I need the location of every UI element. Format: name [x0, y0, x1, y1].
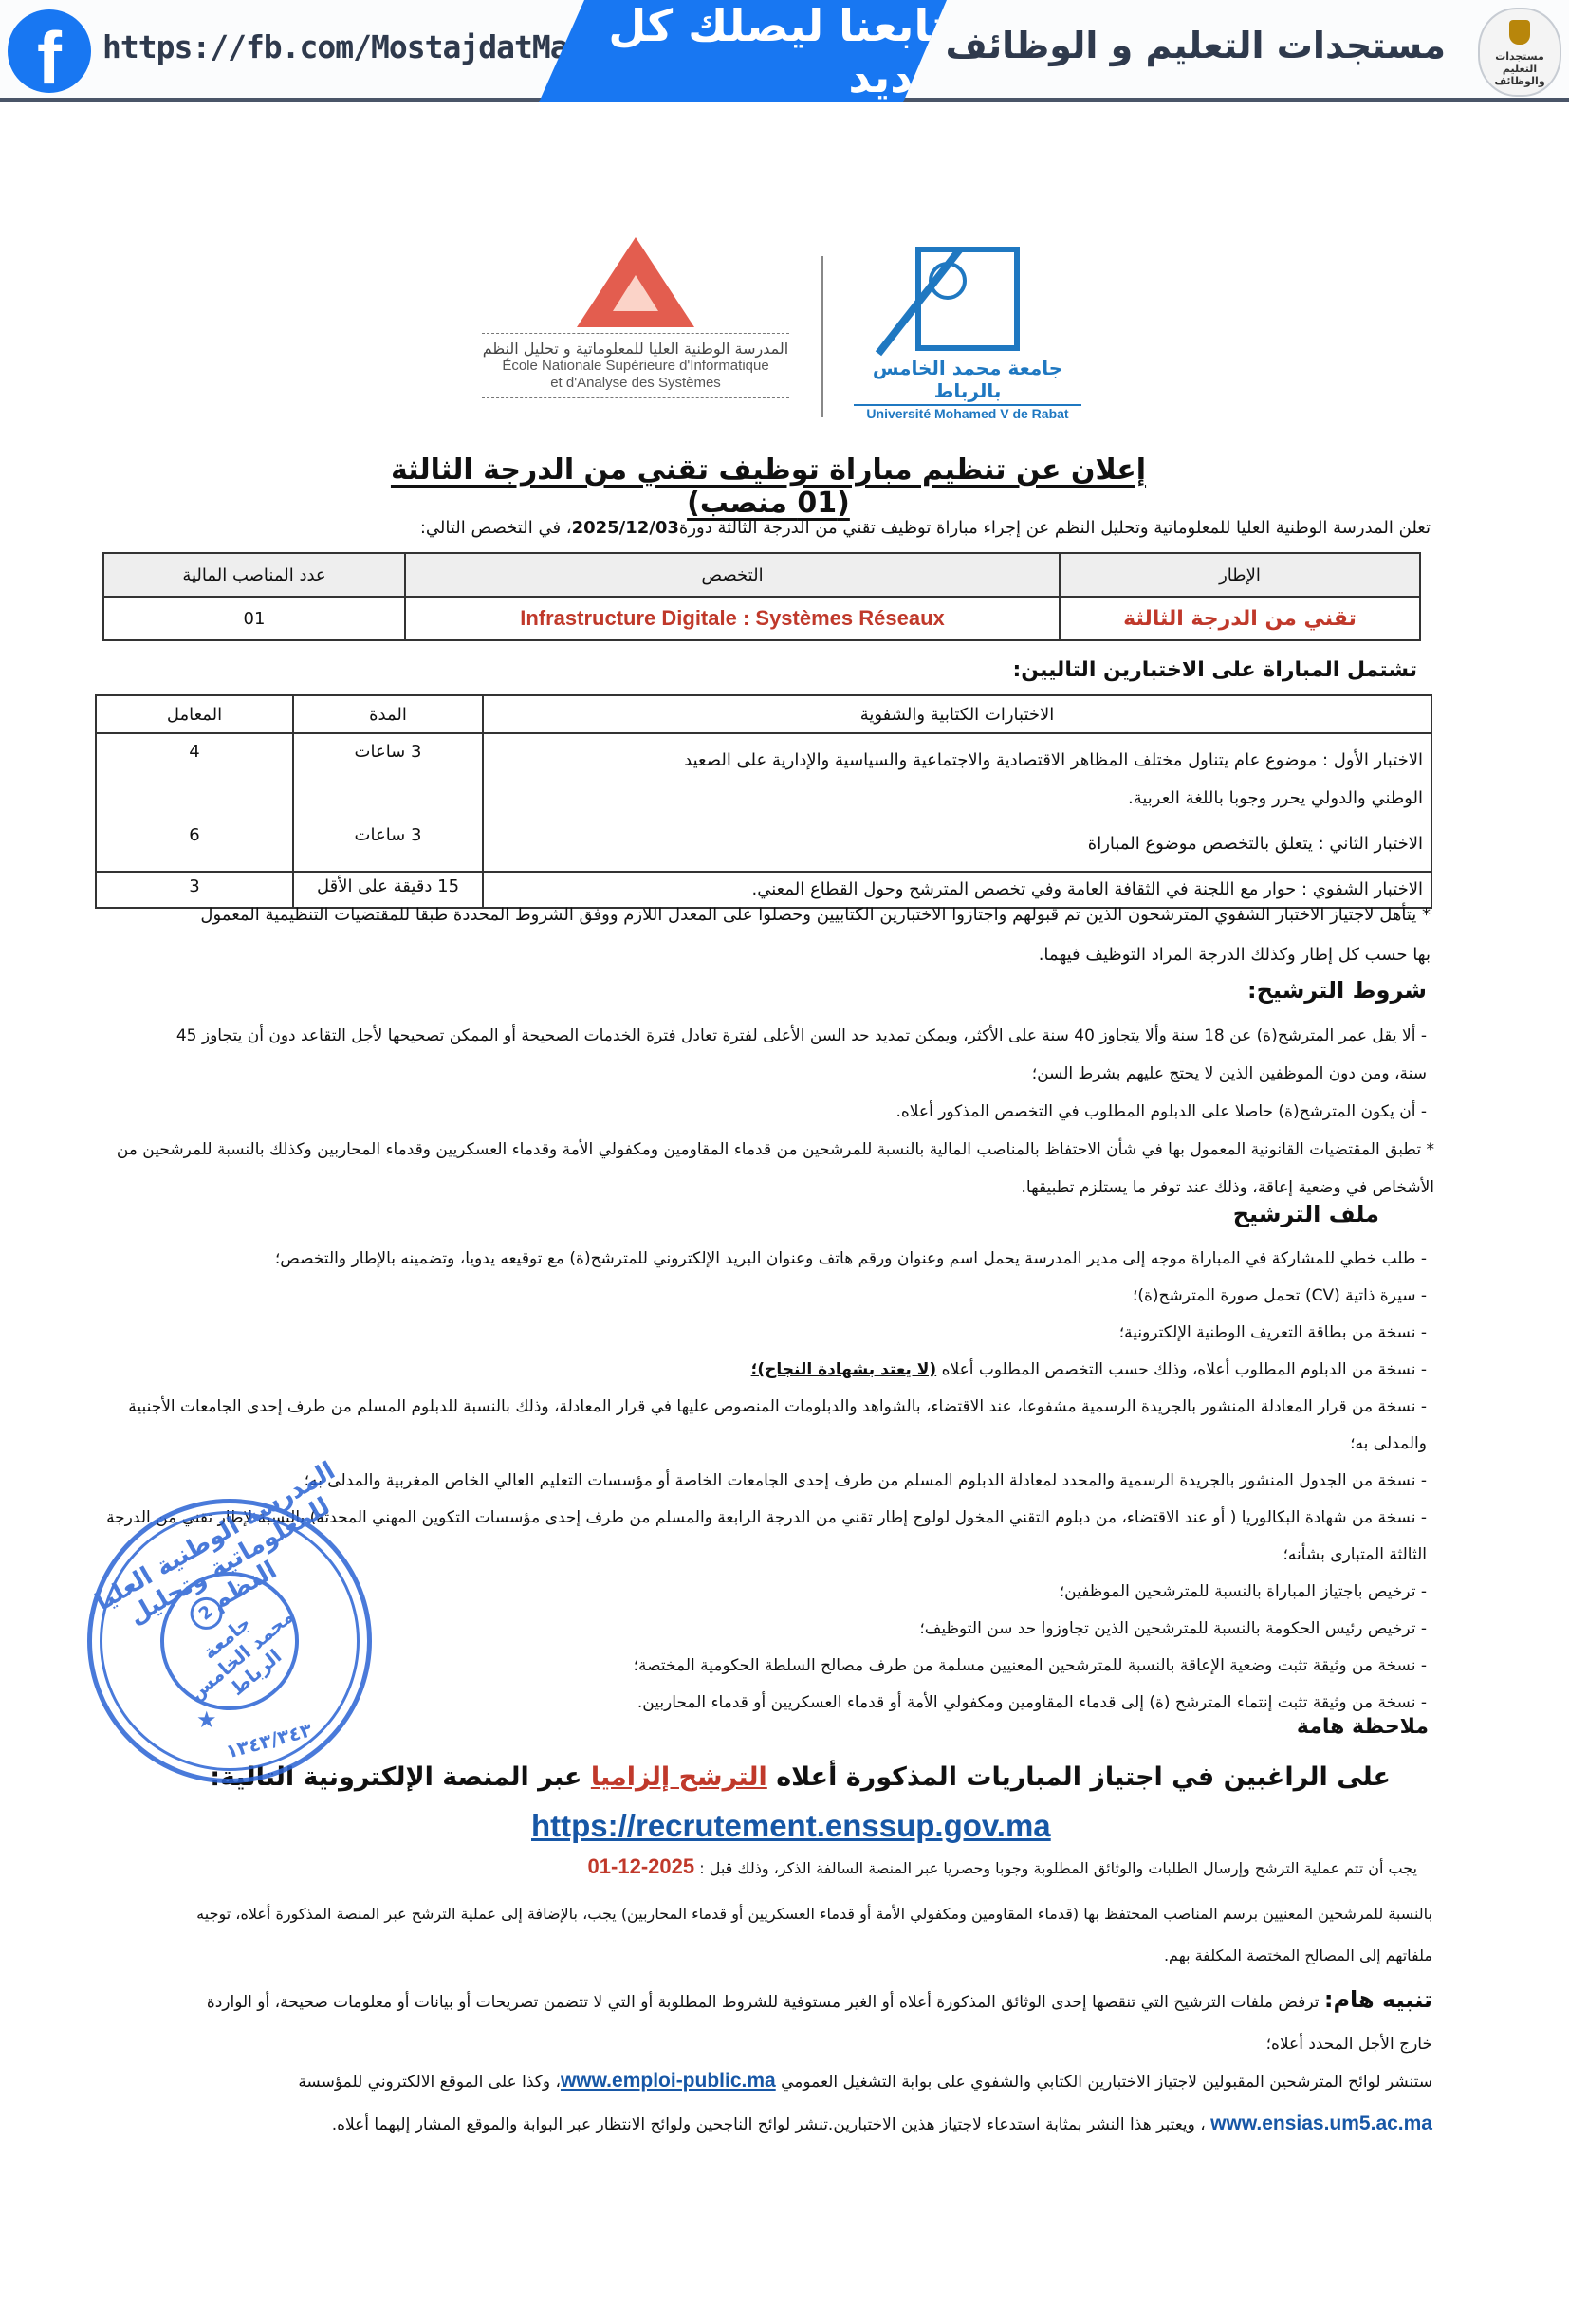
important-heading: ملاحظة هامة: [1297, 1715, 1429, 1739]
conditions-heading: شروط الترشيح:: [1247, 977, 1427, 1004]
list-item: - ألا يقل عمر المترشح(ة) عن 18 سنة وألا …: [117, 1017, 1427, 1055]
page-title: إعلان عن تنظيم مباراة توظيف تقني من الدر…: [370, 453, 1167, 520]
list-item: سنة، ومن دون الموظفين الذين لا يحتج عليه…: [117, 1055, 1427, 1093]
warning-note: تنبيه هام: ترفض ملفات الترشيح التي تنقصه…: [207, 1979, 1432, 2065]
logo-divider: [821, 256, 823, 417]
triangle-icon: [577, 237, 694, 327]
site-emblem-logo: مستجدات التعليم والوظائف: [1478, 8, 1561, 97]
exam-1-desc: الاختبار الأول : موضوع عام يتناول مختلف …: [483, 733, 1431, 825]
table-header-row: الاختبارات الكتابية والشفوية المدة المعا…: [96, 695, 1431, 733]
umv-name-fr: Université Mohamed V de Rabat: [854, 406, 1081, 421]
diploma-note: (لا يعتد بشهادة النجاح)؛: [751, 1360, 937, 1379]
exams-heading: تشتمل المباراة على الاختبارين التاليين:: [1013, 658, 1418, 682]
conditions-list: - ألا يقل عمر المترشح(ة) عن 18 سنة وألا …: [117, 1017, 1427, 1207]
facebook-icon[interactable]: f: [8, 9, 91, 93]
intro-text: تعلن المدرسة الوطنية العليا للمعلوماتية …: [679, 518, 1431, 538]
site-name: مستجدات التعليم و الوظائف: [946, 25, 1446, 66]
ensias-name-fr-2: et d'Analyse des Systèmes: [446, 375, 825, 392]
cell-count: 01: [103, 597, 405, 640]
table-row: الاختبار الأول : موضوع عام يتناول مختلف …: [96, 733, 1431, 825]
ensias-website-link[interactable]: www.ensias.um5.ac.ma: [1210, 2112, 1432, 2134]
intro-suffix: ، في التخصص التالي:: [420, 518, 572, 538]
list-item: * تطبق المقتضيات القانونية المعمول بها ف…: [117, 1131, 1434, 1169]
mandatory-highlight: الترشح إلزاميا: [591, 1762, 767, 1792]
positions-table: الإطار التخصص عدد المناصب المالية تقني م…: [102, 552, 1421, 641]
table-row: الاختبار الثاني : يتعلق بالتخصص موضوع ال…: [96, 825, 1431, 872]
umv-name-ar: جامعة محمد الخامس بالرباط: [854, 357, 1081, 406]
exam-2-duration: 3 ساعات: [293, 825, 483, 872]
list-item: - سيرة ذاتية (CV) تحمل صورة المترشح(ة)؛: [106, 1278, 1427, 1315]
recruitment-portal-link[interactable]: https://recrutement.enssup.gov.ma: [531, 1808, 1051, 1844]
exam-2-coef: 6: [96, 825, 293, 872]
exam-2-desc: الاختبار الثاني : يتعلق بالتخصص موضوع ال…: [483, 825, 1431, 872]
table-row: تقني من الدرجة الثالثة Infrastructure Di…: [103, 597, 1420, 640]
intro-paragraph: تعلن المدرسة الوطنية العليا للمعلوماتية …: [420, 518, 1431, 538]
list-item: - طلب خطي للمشاركة في المباراة موجه إلى …: [106, 1241, 1427, 1278]
crest-icon: [1509, 20, 1530, 45]
intro-date: 2025/12/03: [572, 518, 679, 538]
deadline-line: يجب أن تتم عملية الترشح وإرسال الطلبات و…: [588, 1854, 1417, 1879]
file-heading: ملف الترشيح: [1233, 1201, 1379, 1227]
top-banner: f https://fb.com/MostajdatMaroc تابعنا ل…: [0, 0, 1569, 102]
list-item: - نسخة من قرار المعادلة المنشور بالجريدة…: [106, 1389, 1427, 1426]
institution-logos: المدرسة الوطنية العليا للمعلوماتية و تحل…: [408, 237, 1110, 408]
umv-logo: جامعة محمد الخامس بالرباط Université Moh…: [854, 247, 1081, 408]
table-header-row: الإطار التخصص عدد المناصب المالية: [103, 553, 1420, 597]
header-duration: المدة: [293, 695, 483, 733]
follow-text: تابعنا ليصلك كل جديد: [539, 0, 947, 102]
reserved-posts-note: بالنسبة للمرشحين المعنيين برسم المناصب ا…: [196, 1893, 1432, 1977]
list-item: - أن يكون المترشح(ة) حاصلا على الدبلوم ا…: [117, 1093, 1427, 1131]
umv-arch-icon: [915, 247, 1020, 351]
publication-note: ستنشر لوائح المترشحين المقبولين لاجتياز …: [298, 2060, 1432, 2146]
header-exams: الاختبارات الكتابية والشفوية: [483, 695, 1431, 733]
header-frame: الإطار: [1060, 553, 1420, 597]
emblem-text: مستجدات التعليم والوظائف: [1480, 50, 1560, 87]
star-icon: ★: [196, 1706, 217, 1733]
ensias-name-ar: المدرسة الوطنية العليا للمعلوماتية و تحل…: [446, 340, 825, 358]
header-count: عدد المناصب المالية: [103, 553, 405, 597]
list-item: - نسخة من بطاقة التعريف الوطنية الإلكترو…: [106, 1315, 1427, 1352]
exam-1-coef: 4: [96, 733, 293, 825]
exam-1-duration: 3 ساعات: [293, 733, 483, 825]
follow-badge: تابعنا ليصلك كل جديد: [539, 0, 947, 102]
exams-table: الاختبارات الكتابية والشفوية المدة المعا…: [95, 694, 1432, 909]
ensias-name-fr-1: École Nationale Supérieure d'Informatiqu…: [446, 358, 825, 375]
official-stamp: المدرسة الوطنية العليا للمعلوماتية وتحلي…: [87, 1499, 372, 1783]
ensias-logo: المدرسة الوطنية العليا للمعلوماتية و تحل…: [446, 237, 825, 408]
apply-instruction: على الراغبين في اجتياز المباريات المذكور…: [210, 1762, 1391, 1792]
header-coef: المعامل: [96, 695, 293, 733]
oral-note: * يتأهل لاجتياز الاختبار الشفوي المترشحو…: [200, 895, 1431, 975]
header-specialty: التخصص: [405, 553, 1060, 597]
cell-frame: تقني من الدرجة الثالثة: [1060, 597, 1420, 640]
facebook-link[interactable]: https://fb.com/MostajdatMaroc: [102, 28, 621, 65]
deadline-date: 2025-12-01: [588, 1854, 695, 1878]
list-item: - نسخة من الدبلوم المطلوب أعلاه، وذلك حس…: [106, 1352, 1427, 1389]
warning-label: تنبيه هام:: [1324, 1986, 1432, 2013]
cell-specialty: Infrastructure Digitale : Systèmes Résea…: [405, 597, 1060, 640]
emploi-public-link[interactable]: www.emploi-public.ma: [561, 2070, 776, 2092]
list-item: والمدلى به؛: [106, 1426, 1427, 1463]
